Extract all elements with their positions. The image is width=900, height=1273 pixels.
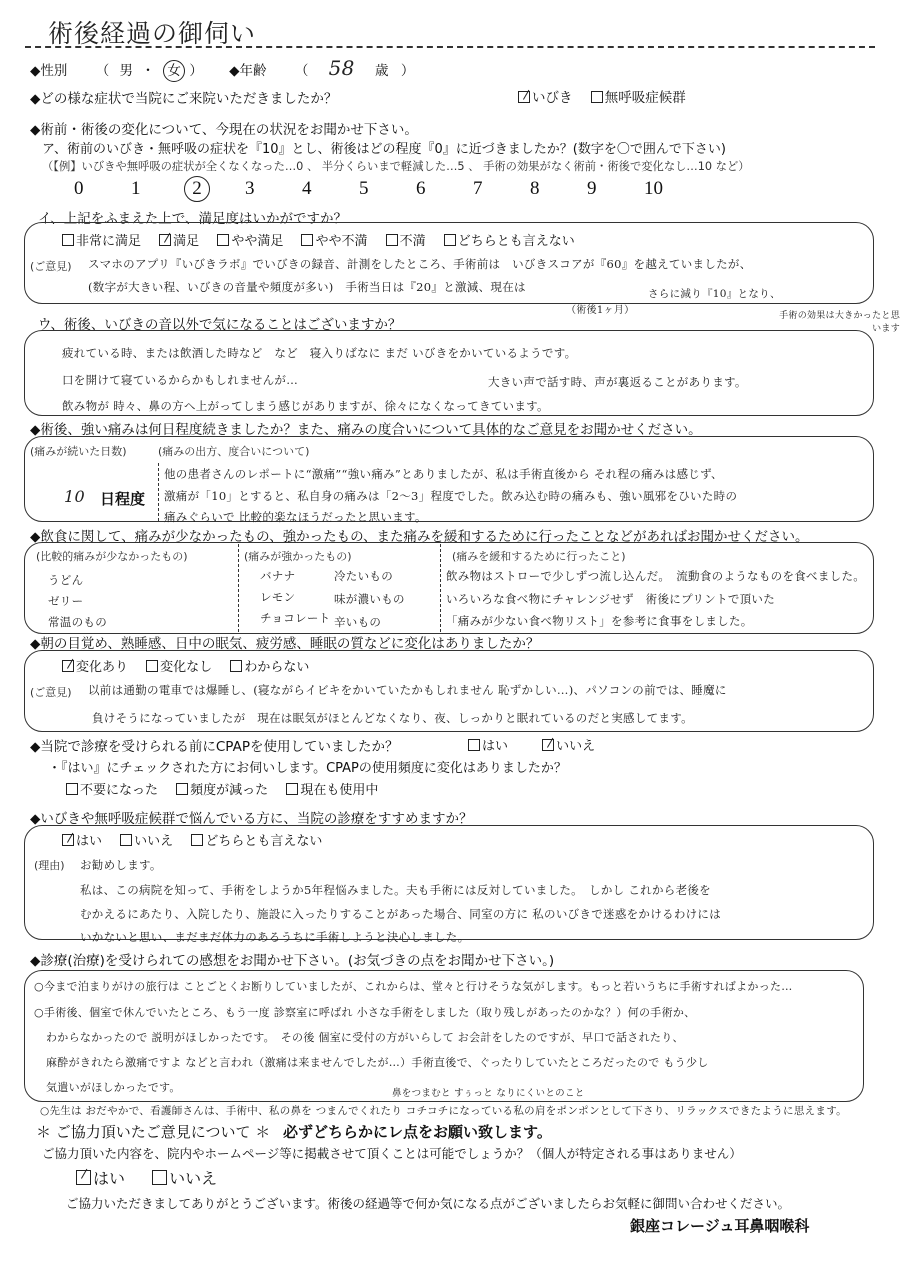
scale-10[interactable]: 10 bbox=[644, 178, 701, 200]
impressions-line1[interactable]: ○今まで泊まりがけの旅行は ことごとくお断りしていましたが、これからは、堂々と行… bbox=[34, 978, 793, 994]
other-concerns-line1[interactable]: 疲れている時、または飲酒した時など など 寝入りばなに まだ いびきをかいている… bbox=[62, 345, 576, 361]
checkbox-icon[interactable] bbox=[120, 834, 132, 846]
satisfaction-somewhat-dissatisfied[interactable]: やや不満 bbox=[301, 230, 367, 249]
consent-no[interactable]: いいえ bbox=[152, 1166, 217, 1189]
checkbox-checked-icon[interactable] bbox=[76, 1170, 91, 1185]
cpap-sub-options: 不要になった 頻度が減った 現在も使用中 bbox=[66, 779, 392, 798]
cpap-sub-question: ・『はい』にチェックされた方にお伺いします。CPAPの使用頻度に変化はありました… bbox=[48, 757, 567, 776]
recommend-no[interactable]: いいえ bbox=[120, 830, 173, 849]
age-label: ◆年齢 bbox=[229, 63, 266, 79]
strong-pain-item[interactable]: チョコレート bbox=[260, 610, 330, 626]
satisfaction-somewhat-satisfied[interactable]: やや満足 bbox=[217, 230, 283, 249]
sleep-changed[interactable]: 変化あり bbox=[62, 656, 128, 675]
reason-line2[interactable]: 私は、この病院を知って、手術をしようか5年程悩みました。夫も手術には反対していま… bbox=[80, 882, 711, 898]
checkbox-icon[interactable] bbox=[591, 91, 603, 103]
scale-2-circled[interactable]: 2 bbox=[184, 176, 210, 202]
pain-degree-line1[interactable]: 他の患者さんのレポートに“激痛”“強い痛み”とありましたが、私は手術直後から そ… bbox=[164, 466, 723, 482]
checkbox-icon[interactable] bbox=[286, 783, 298, 795]
cpap-not-needed[interactable]: 不要になった bbox=[66, 779, 158, 798]
cpap-question: ◆当院で診療を受けられる前にCPAPを使用していましたか？ bbox=[30, 735, 398, 755]
satisfaction-opinion-line2[interactable]: (数字が大きい程、いびきの音量や頻度が多い) 手術当日は『20』と激減、現在は bbox=[88, 279, 526, 295]
relief-line3[interactable]: 「痛みが少ない食べ物リスト」を参考に食事をしました。 bbox=[446, 613, 753, 629]
consent-yes[interactable]: はい bbox=[76, 1166, 125, 1189]
opinion-label: (ご意見) bbox=[30, 258, 72, 274]
gender-option-male[interactable]: 男 bbox=[119, 63, 133, 79]
less-pain-label: (比較的痛みが少なかったもの) bbox=[36, 548, 188, 564]
cpap-no[interactable]: いいえ bbox=[542, 735, 595, 754]
sleep-unknown[interactable]: わからない bbox=[230, 656, 309, 675]
less-pain-item[interactable]: うどん bbox=[48, 572, 83, 588]
age-value[interactable]: 58 bbox=[329, 56, 355, 80]
pain-days-label: (痛みが続いた日数) bbox=[30, 443, 127, 459]
sleep-question: ◆朝の目覚め、熟睡感、日中の眠気、疲労感、睡眠の質などに変化はありましたか？ bbox=[30, 632, 539, 652]
scale-9[interactable]: 9 bbox=[587, 178, 644, 200]
scale-5[interactable]: 5 bbox=[359, 178, 416, 200]
change-heading: ◆術前・術後の変化について、今現在の状況をお聞かせ下さい。 bbox=[30, 118, 418, 138]
age-unit: 歳 bbox=[375, 63, 389, 79]
sleep-options: 変化あり 変化なし わからない bbox=[62, 656, 323, 675]
gender-age-row: ◆性別 （ 男 ・ 女 ） ◆年齢 （ 58 歳 ） bbox=[30, 56, 414, 82]
consent-options: はい いいえ bbox=[76, 1166, 231, 1189]
sleep-opinion-line1[interactable]: 以前は通勤の電車では爆睡し、(寝ながらイビキをかいていたかもしれません 恥ずかし… bbox=[88, 682, 727, 698]
checkbox-icon[interactable] bbox=[176, 783, 188, 795]
other-concerns-line2[interactable]: 口を開けて寝ているからかもしれませんが… bbox=[62, 372, 298, 388]
gender-label: ◆性別 bbox=[30, 63, 67, 79]
pain-days-value[interactable]: 10 bbox=[64, 487, 85, 506]
strong-pain-item[interactable]: 味が濃いもの bbox=[334, 591, 405, 607]
impressions-note-above: 鼻をつまむと すぅっと なりにくいとのこと bbox=[392, 1085, 585, 1099]
change-example: （【例】いびきや無呼吸の症状が全くなくなった…0 、 半分くらいまで軽減した…5… bbox=[42, 158, 750, 174]
symptoms-question: ◆どの様な症状で当院にご来院いただきましたか？ bbox=[30, 87, 337, 107]
recommend-question: ◆いびきや無呼吸症候群で悩んでいる方に、当院の診療をすすめますか？ bbox=[30, 807, 473, 827]
pain-days-unit: 日程度 bbox=[100, 488, 145, 509]
consent-heading: ＊ ご協力頂いたご意見について ＊ 必ずどちらかにレ点をお願い致します。 bbox=[36, 1121, 552, 1142]
checkbox-icon[interactable] bbox=[152, 1170, 167, 1185]
scale-8[interactable]: 8 bbox=[530, 178, 587, 200]
other-concerns-line2b[interactable]: 大きい声で話す時、声が裏返ることがあります。 bbox=[488, 374, 747, 390]
impressions-line4[interactable]: 麻酔がきれたら激痛ですよ などと言われ（激痛は来ませんでしたが…）手術直後で、ぐ… bbox=[46, 1054, 709, 1070]
satisfaction-opinion-line1[interactable]: スマホのアプリ『いびきラボ』でいびきの録音、計測をしたところ、手術前は いびきス… bbox=[88, 256, 752, 272]
less-pain-item[interactable]: 常温のもの bbox=[48, 614, 107, 630]
relief-label: (痛みを緩和するために行ったこと) bbox=[452, 548, 626, 564]
consent-heading-left: ＊ ご協力頂いたご意見について ＊ bbox=[36, 1123, 270, 1141]
consent-question: ご協力頂いた内容を、院内やホームページ等に掲載させて頂くことは可能でしょうか？（… bbox=[42, 1144, 742, 1162]
checkbox-checked-icon[interactable] bbox=[159, 234, 171, 246]
strong-pain-item[interactable]: 辛いもの bbox=[334, 614, 381, 630]
strong-pain-item[interactable]: バナナ bbox=[260, 568, 295, 584]
satisfaction-dissatisfied[interactable]: 不満 bbox=[386, 230, 426, 249]
strong-pain-item[interactable]: 冷たいもの bbox=[334, 568, 393, 584]
satisfaction-satisfied[interactable]: 満足 bbox=[159, 230, 199, 249]
cpap-reduced[interactable]: 頻度が減った bbox=[176, 779, 268, 798]
symptom-scale: 012345678910 bbox=[74, 176, 701, 202]
cpap-options: はい いいえ bbox=[468, 735, 609, 754]
checkbox-icon[interactable] bbox=[230, 660, 242, 672]
food-divider-2 bbox=[440, 544, 441, 632]
impressions-line6[interactable]: ○先生は おだやかで、看護師さんは、手術中、私の鼻を つまんでくれたり コチコチ… bbox=[40, 1103, 847, 1118]
less-pain-item[interactable]: ゼリー bbox=[48, 593, 83, 609]
checkbox-icon[interactable] bbox=[444, 234, 456, 246]
impressions-question: ◆診療(治療)を受けられての感想をお聞かせ下さい。(お気づきの点をお聞かせ下さい… bbox=[30, 949, 554, 969]
other-concerns-line3[interactable]: 飲み物が 時々、鼻の方へ上がってしまう感じがありますが、徐々になくなってきていま… bbox=[62, 398, 549, 414]
recommend-options: はい いいえ どちらとも言えない bbox=[62, 830, 336, 849]
reason-line4[interactable]: いかないと思い、まだまだ体力のあるうちに手術しようと決心しました。 bbox=[80, 929, 469, 945]
strong-pain-item[interactable]: レモン bbox=[260, 589, 295, 605]
food-divider-1 bbox=[238, 544, 239, 632]
impressions-line2[interactable]: ○手術後、個室で休んでいたところ、もう一度 診察室に呼ばれ 小さな手術をしました… bbox=[34, 1004, 695, 1020]
checkbox-checked-icon[interactable] bbox=[518, 91, 530, 103]
reason-line1[interactable]: お勧めします。 bbox=[80, 857, 162, 873]
symptoms-options: いびき 無呼吸症候群 bbox=[518, 86, 700, 106]
satisfaction-opinion-line2b[interactable]: さらに減り『10』となり、 bbox=[648, 286, 781, 301]
scale-3[interactable]: 3 bbox=[245, 178, 302, 200]
title-divider bbox=[25, 46, 875, 48]
checkbox-icon[interactable] bbox=[386, 234, 398, 246]
checkbox-icon[interactable] bbox=[217, 234, 229, 246]
satisfaction-very-satisfied[interactable]: 非常に満足 bbox=[62, 230, 141, 249]
thank-you-message: ご協力いただきましてありがとうございます。術後の経過等で何か気になる点がございま… bbox=[66, 1194, 790, 1212]
reason-line3[interactable]: むかえるにあたり、入院したり、施設に入ったりすることがあった場合、同室の方に 私… bbox=[80, 906, 721, 922]
pain-column-divider bbox=[158, 463, 159, 521]
sleep-no-change[interactable]: 変化なし bbox=[146, 656, 212, 675]
pain-question: ◆術後、強い痛みは何日程度続きましたか？また、痛みの度合いについて具体的なご意見… bbox=[30, 418, 702, 438]
change-question-a: ア、術前のいびき・無呼吸の症状を『10』とし、術後はどの程度『0』に近づきました… bbox=[42, 138, 726, 157]
sleep-opinion-label: (ご意見) bbox=[30, 684, 72, 700]
scale-0[interactable]: 0 bbox=[74, 178, 131, 200]
satisfaction-neither[interactable]: どちらとも言えない bbox=[444, 230, 575, 249]
checkbox-icon[interactable] bbox=[146, 660, 158, 672]
consent-heading-right: 必ずどちらかにレ点をお願い致します。 bbox=[283, 1123, 552, 1141]
pain-degree-line3[interactable]: 痛みぐらいで 比較的楽なほうだったと思います。 bbox=[164, 509, 427, 525]
satisfaction-options: 非常に満足 満足 やや満足 やや不満 不満 どちらとも言えない bbox=[62, 230, 589, 249]
post-op-month-note: （術後1ヶ月） bbox=[566, 301, 634, 316]
symptom-option-snoring[interactable]: いびき bbox=[518, 86, 573, 106]
impressions-line3[interactable]: わからなかったので 説明がほしかったです。 その後 個室に受付の方がいらして お… bbox=[46, 1029, 684, 1045]
checkbox-icon[interactable] bbox=[191, 834, 203, 846]
checkbox-icon[interactable] bbox=[468, 739, 480, 751]
symptom-option-apnea[interactable]: 無呼吸症候群 bbox=[591, 86, 686, 106]
impressions-line5[interactable]: 気遣いがほしかったです。 bbox=[46, 1079, 181, 1095]
cpap-yes[interactable]: はい bbox=[468, 735, 508, 754]
checkbox-icon[interactable] bbox=[301, 234, 313, 246]
scale-6[interactable]: 6 bbox=[416, 178, 473, 200]
sleep-opinion-line2[interactable]: 負けそうになっていましたが 現在は眠気がほとんどなくなり、夜、しっかりと眠れてい… bbox=[92, 710, 693, 726]
pain-degree-label: (痛みの出方、度合いについて) bbox=[158, 443, 309, 459]
relief-line1[interactable]: 飲み物はストローで少しずつ流し込んだ。 流動食のようなものを食べました。 bbox=[446, 568, 865, 584]
scale-4[interactable]: 4 bbox=[302, 178, 359, 200]
clinic-name: 銀座コレージュ耳鼻咽喉科 bbox=[630, 1215, 809, 1236]
scale-7[interactable]: 7 bbox=[473, 178, 530, 200]
scale-1[interactable]: 1 bbox=[131, 178, 188, 200]
recommend-neither[interactable]: どちらとも言えない bbox=[191, 830, 322, 849]
reason-label: (理由) bbox=[34, 857, 65, 873]
checkbox-icon[interactable] bbox=[62, 234, 74, 246]
relief-line2[interactable]: いろいろな食べ物にチャレンジせず 術後にプリントで頂いた bbox=[446, 591, 775, 607]
checkbox-checked-icon[interactable] bbox=[62, 834, 74, 846]
page-title: 術後経過の御伺い bbox=[48, 14, 256, 50]
checkbox-checked-icon[interactable] bbox=[62, 660, 74, 672]
pain-degree-line2[interactable]: 激痛が「10」とすると、私自身の痛みは「2〜3」程度でした。飲み込む時の痛みも、… bbox=[164, 488, 737, 504]
gender-option-female-circled[interactable]: 女 bbox=[163, 60, 185, 82]
recommend-yes[interactable]: はい bbox=[62, 830, 102, 849]
strong-pain-label: (痛みが強かったもの) bbox=[244, 548, 352, 564]
cpap-still-using[interactable]: 現在も使用中 bbox=[286, 779, 378, 798]
checkbox-icon[interactable] bbox=[66, 783, 78, 795]
checkbox-checked-icon[interactable] bbox=[542, 739, 554, 751]
